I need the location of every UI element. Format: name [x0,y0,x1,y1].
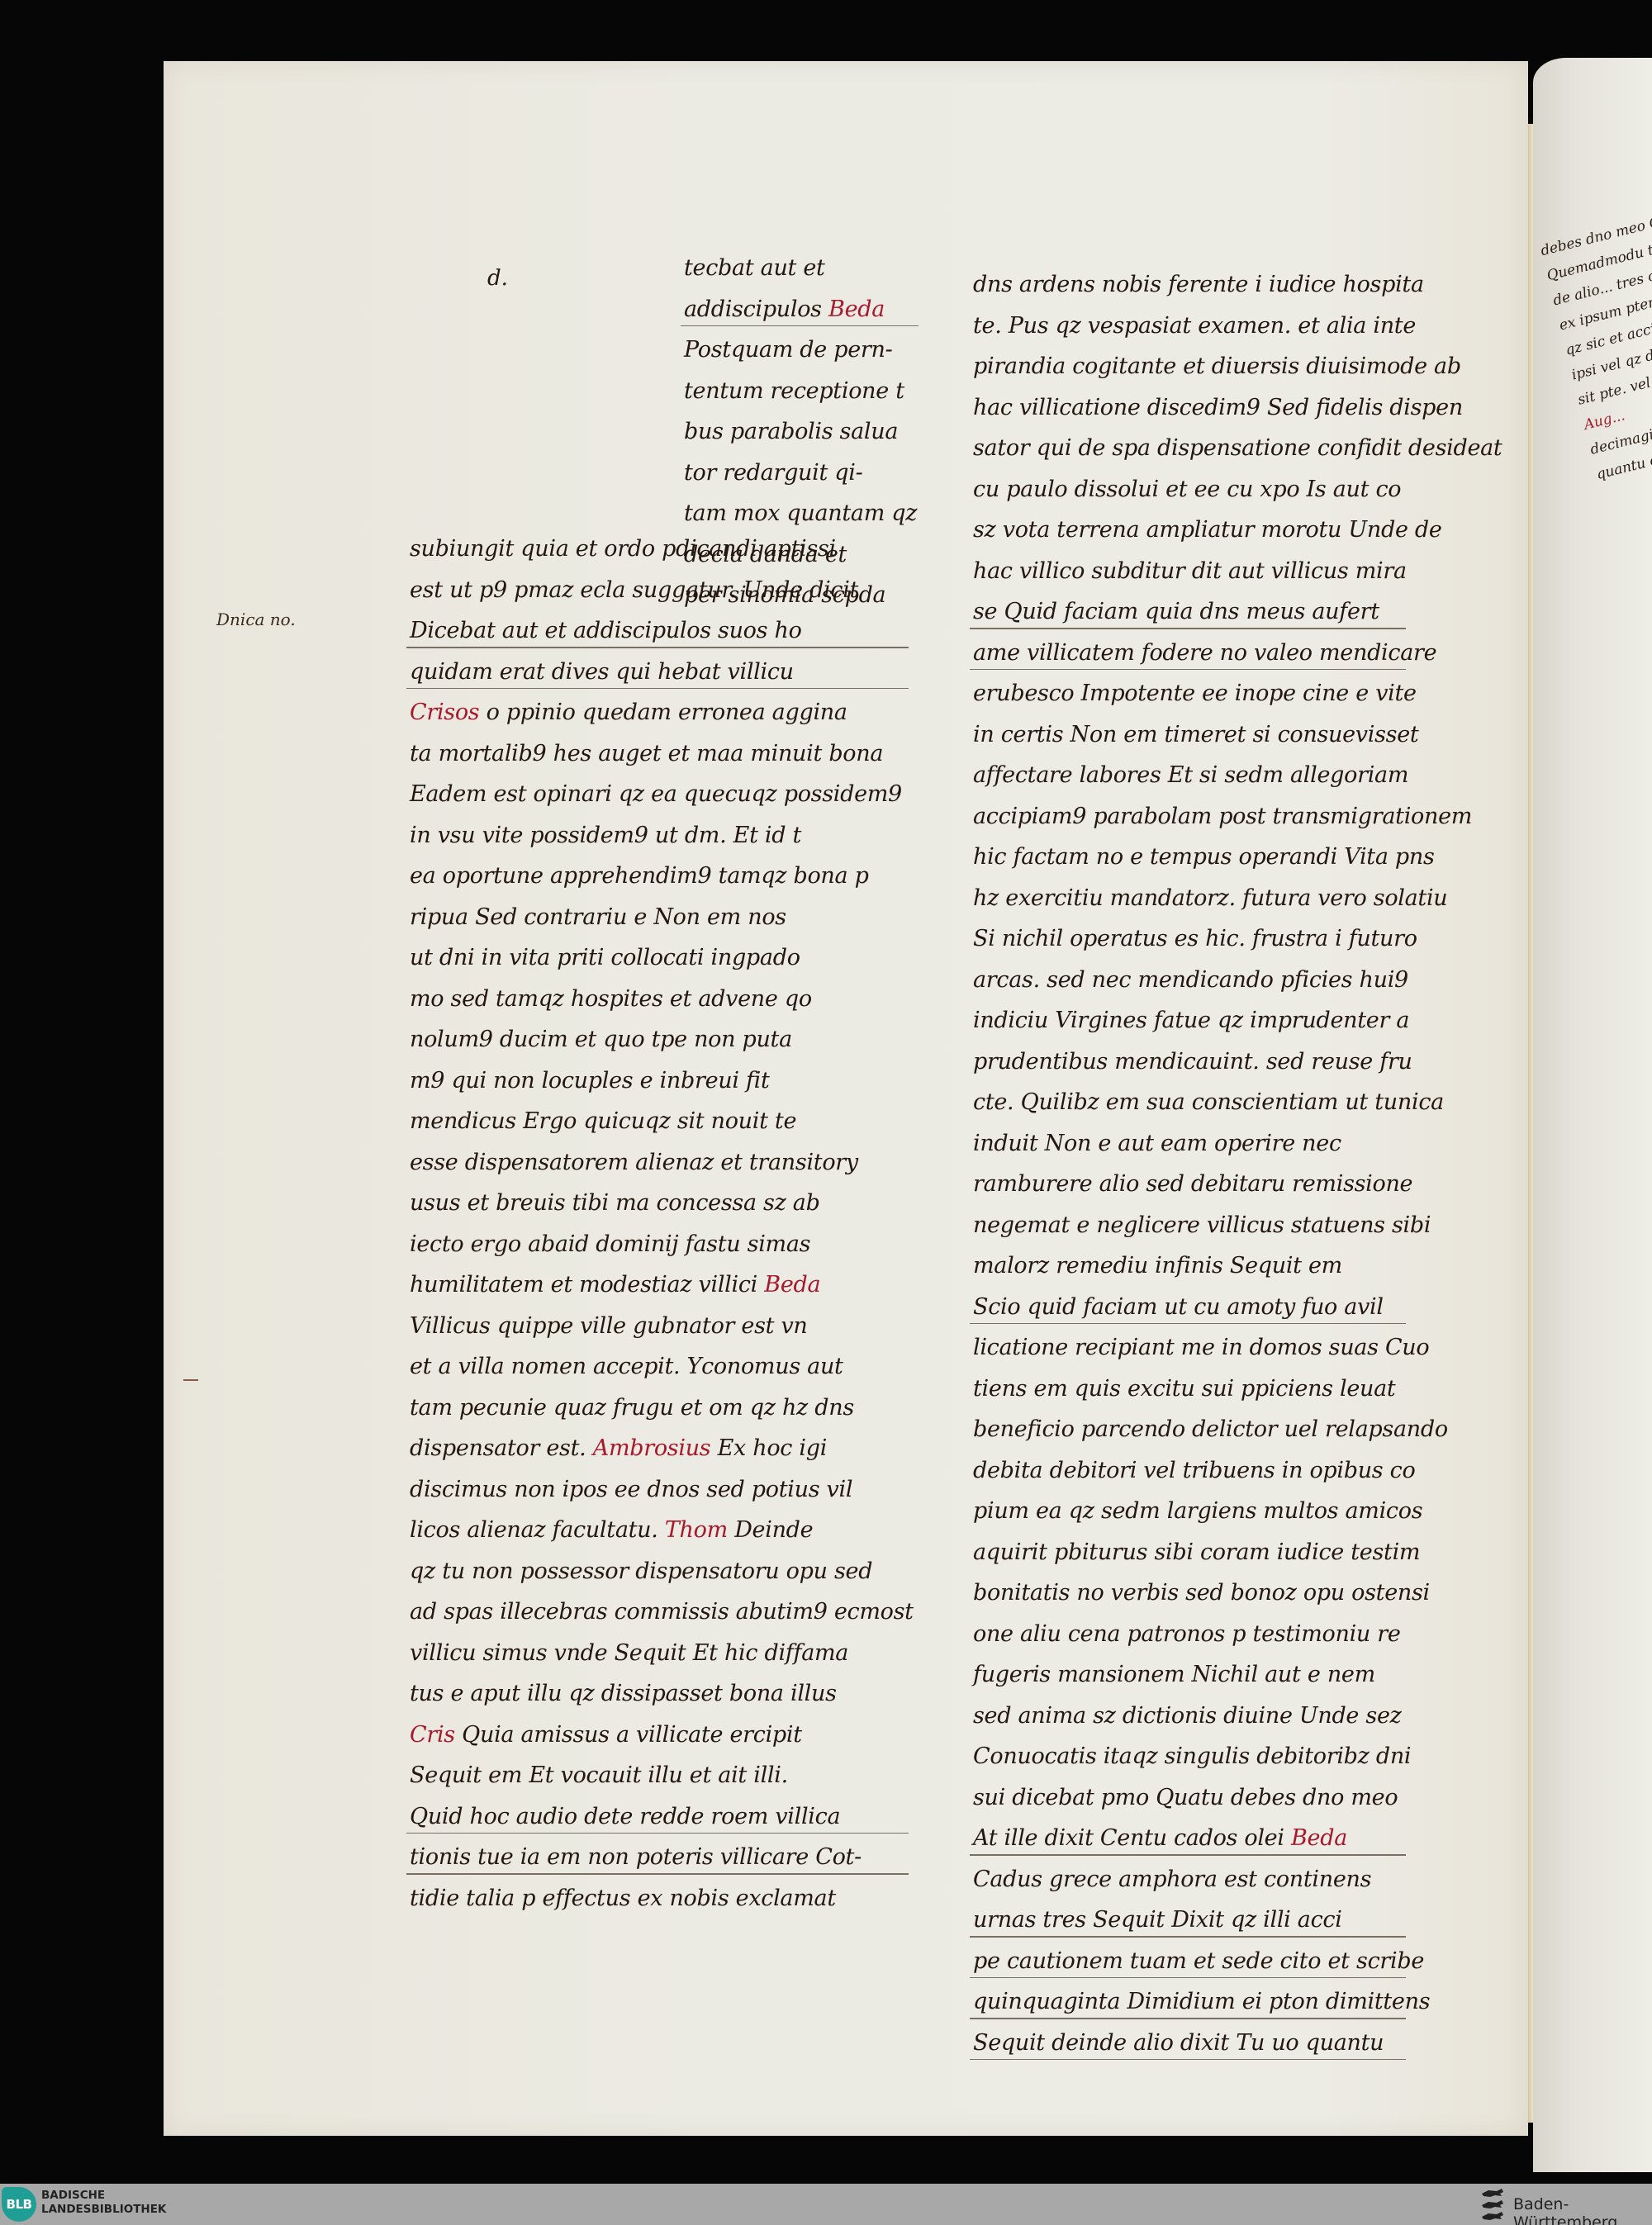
manuscript-line: indiciu Virgines fatue qz imprudenter a [973,1000,1403,1041]
manuscript-line: Quid hoc audio dete redde roem villica [410,1796,905,1838]
manuscript-line: qz tu non possessor dispensatoru opu sed [410,1551,905,1592]
line-text: dispensator est. [410,1435,586,1461]
manuscript-line: humilitatem et modestiaz villici Beda [410,1264,905,1306]
manuscript-line: sator qui de spa dispensatione confidit … [973,428,1403,469]
line-text: accipiam9 parabolam post transmigratione… [973,804,1472,829]
line-text: tam pecunie quaz frugu et om qz hz dns [410,1395,854,1421]
line-text: debita debitori vel tribuens in opibus c… [973,1458,1415,1483]
manuscript-line: bonitatis no verbis sed bonoz opu ostens… [973,1573,1403,1614]
manuscript-line: aquirit pbiturus sibi coram iudice testi… [973,1532,1403,1573]
line-text: ame villicatem fodere no valeo mendicare [973,640,1436,666]
line-text-continued: Ex hoc igi [718,1435,827,1461]
line-text: Cadus grece amphora est continens [973,1867,1371,1892]
manuscript-line: Conuocatis itaqz singulis debitoribz dni [973,1736,1403,1777]
line-text: sz vota terrena ampliatur morotu Unde de [973,517,1442,543]
line-text: erubesco Impotente ee inope cine e vite [973,681,1417,706]
manuscript-line: pirandia cogitante et diuersis diuisimod… [973,346,1403,387]
manuscript-line: negemat e neglicere villicus statuens si… [973,1205,1403,1246]
manuscript-line: sui dicebat pmo Quatu debes dno meo [973,1777,1403,1819]
manuscript-line: tiens em quis excitu sui ppiciens leuat [973,1369,1403,1410]
line-text: Postquam de pern- [684,337,892,363]
line-text: o ppinio quedam erronea aggina [487,700,847,725]
manuscript-line: ta mortalib9 hes auget et maa minuit bon… [410,733,905,775]
manuscript-line: Scio quid faciam ut cu amoty fuo avil [973,1287,1403,1328]
line-text: mendicus Ergo quicuqz sit nouit te [410,1108,796,1134]
manuscript-line: usus et breuis tibi ma concessa sz ab [410,1183,905,1224]
manuscript-line: ad spas illecebras commissis abutim9 ecm… [410,1592,905,1633]
line-text: tionis tue ia em non poteris villicare C… [410,1844,862,1870]
blb-logo-badge[interactable]: BLB [2,2187,36,2222]
line-text: humilitatem et modestiaz villici [410,1272,757,1298]
line-text: in certis Non em timeret si consuevisset [973,722,1418,747]
margin-mark [183,1379,198,1381]
manuscript-line: dns ardens nobis ferente i iudice hospit… [973,264,1403,306]
manuscript-line: quinquaginta Dimidium ei pton dimittens [973,1981,1403,2023]
manuscript-line: pe cautionem tuam et sede cito et scribe [973,1941,1403,1982]
manuscript-line: prudentibus mendicauint. sed reuse fru [973,1041,1403,1083]
manuscript-line: Sequit deinde alio dixit Tu uo quantu [973,2023,1403,2064]
line-text: est ut p9 pmaz ecla suggatur. Unde dicit [410,577,858,603]
line-text: cte. Quilibz em sua conscientiam ut tuni… [973,1089,1444,1115]
quire-mark: d. [487,266,508,291]
manuscript-line: ramburere alio sed debitaru remissione [973,1164,1403,1205]
line-text: licatione recipiant me in domos suas Cuo [973,1335,1429,1360]
rubric-author-name: Ambrosius [593,1435,711,1461]
line-text: ta mortalib9 hes auget et maa minuit bon… [410,741,883,766]
manuscript-line: quidam erat dives qui hebat villicu [410,652,905,693]
three-lions-coat-of-arms-icon[interactable] [1480,2187,1505,2222]
line-text: hac villico subditur dit aut villicus mi… [973,558,1407,584]
manuscript-line: est ut p9 pmaz ecla suggatur. Unde dicit [410,570,905,611]
line-text: iecto ergo abaid dominij fastu simas [410,1231,810,1257]
line-text: urnas tres Sequit Dixit qz illi acci [973,1907,1342,1933]
line-text: Villicus quippe ville gubnator est vn [410,1313,808,1339]
manuscript-line: subiungit quia et ordo pdicandi aptissi [410,529,905,570]
manuscript-line: Cris Quia amissus a villicate ercipit [410,1715,905,1756]
manuscript-line: discimus non ipos ee dnos sed potius vil [410,1469,905,1511]
line-text: villicu simus vnde Sequit Et hic diffama [410,1640,848,1666]
line-text: se Quid faciam quia dns meus aufert [973,599,1379,624]
line-text: Quid hoc audio dete redde roem villica [410,1804,840,1829]
manuscript-line: hac villico subditur dit aut villicus mi… [973,551,1403,592]
manuscript-line: ut dni in vita priti collocati ingpado [410,937,905,979]
manuscript-line: arcas. sed nec mendicando pficies hui9 [973,960,1403,1001]
line-text: usus et breuis tibi ma concessa sz ab [410,1190,820,1216]
line-text: bus parabolis salua [684,419,898,444]
line-text: tiens em quis excitu sui ppiciens leuat [973,1376,1395,1402]
line-text: hic factam no e tempus operandi Vita pns [973,844,1435,870]
line-text: Dicebat aut et addiscipulos suos ho [410,618,802,643]
line-text: hac villicatione discedim9 Sed fidelis d… [973,395,1463,420]
manuscript-line: Eadem est opinari qz ea quecuqz possidem… [410,774,905,815]
manuscript-line: Cadus grece amphora est continens [973,1859,1403,1900]
line-text: tecbat aut et [684,255,825,281]
manuscript-line: Si nichil operatus es hic. frustra i fut… [973,918,1403,960]
manuscript-line: te. Pus qz vespasiat examen. et alia int… [973,306,1403,347]
manuscript-line: Villicus quippe ville gubnator est vn [410,1306,905,1347]
manuscript-line: urnas tres Sequit Dixit qz illi acci [973,1900,1403,1941]
manuscript-line: ripua Sed contrariu e Non em nos [410,897,905,938]
blb-name-line2: LANDESBIBLIOTHEK [41,2203,166,2217]
line-text: ut dni in vita priti collocati ingpado [410,945,800,970]
line-text: ea oportune apprehendim9 tamqz bona p [410,863,869,889]
manuscript-line: pium ea qz sedm largiens multos amicos [973,1491,1403,1532]
line-text: bonitatis no verbis sed bonoz opu ostens… [973,1580,1430,1606]
blb-logo-text[interactable]: BADISCHE LANDESBIBLIOTHEK [41,2189,166,2217]
line-text: te. Pus qz vespasiat examen. et alia int… [973,313,1416,339]
line-text: esse dispensatorem alienaz et transitory [410,1150,858,1175]
line-text: discimus non ipos ee dnos sed potius vil [410,1477,852,1502]
line-text: et a villa nomen accepit. Yconomus aut [410,1354,843,1379]
manuscript-line: licatione recipiant me in domos suas Cuo [973,1327,1403,1369]
line-text: licos alienaz facultatu. [410,1517,658,1543]
line-text: ad spas illecebras commissis abutim9 ecm… [410,1599,914,1625]
manuscript-line: induit Non e aut eam operire nec [973,1123,1403,1165]
line-text: Sequit em Et vocauit illu et ait illi. [410,1762,788,1788]
manuscript-line: se Quid faciam quia dns meus aufert [973,591,1403,633]
line-text: dns ardens nobis ferente i iudice hospit… [973,272,1424,297]
manuscript-line: licos alienaz facultatu. Thom Deinde [410,1510,905,1551]
manuscript-line: m9 qui non locuples e inbreui fit [410,1060,905,1102]
manuscript-line: esse dispensatorem alienaz et transitory [410,1142,905,1184]
line-text: quinquaginta Dimidium ei pton dimittens [973,1989,1430,2014]
line-text: cu paulo dissolui et ee cu xpo Is aut co [973,477,1401,502]
manuscript-line: ame villicatem fodere no valeo mendicare [973,633,1403,674]
line-text: Si nichil operatus es hic. frustra i fut… [973,926,1417,951]
manuscript-line: sz vota terrena ampliatur morotu Unde de [973,510,1403,551]
line-text: induit Non e aut eam operire nec [973,1131,1341,1156]
line-text: mo sed tamqz hospites et advene qo [410,986,812,1012]
rubric-author-name: Crisos [410,700,479,725]
line-text: sator qui de spa dispensatione confidit … [973,435,1502,461]
rubric-author-name: Thom [665,1517,728,1543]
manuscript-line: one aliu cena patronos p testimoniu re [973,1614,1403,1655]
text-column-left: subiungit quia et ordo pdicandi aptissie… [410,529,905,1919]
line-text: Scio quid faciam ut cu amoty fuo avil [973,1294,1384,1320]
manuscript-line: ea oportune apprehendim9 tamqz bona p [410,856,905,897]
manuscript-line: Dicebat aut et addiscipulos suos ho [410,610,905,652]
line-text: malorz remediu infinis Sequit em [973,1253,1342,1279]
facing-page-text: debes dno meo Centu corQuemadmodu trigin… [1538,200,1652,488]
line-text: beneficio parcendo delictor uel relapsan… [973,1416,1448,1442]
manuscript-line: fugeris mansionem Nichil aut e nem [973,1654,1403,1696]
rubric-author-name: Beda [764,1272,820,1298]
manuscript-line: accipiam9 parabolam post transmigratione… [973,796,1403,837]
manuscript-line: tionis tue ia em non poteris villicare C… [410,1837,905,1878]
blb-name-line1: BADISCHE [41,2189,166,2203]
line-text: sed anima sz dictionis diuine Unde sez [973,1703,1402,1729]
manuscript-line: affectare labores Et si sedm allegoriam [973,755,1403,796]
line-text: tentum receptione t [684,378,904,404]
manuscript-line: beneficio parcendo delictor uel relapsan… [973,1409,1403,1450]
manuscript-line: Postquam de pern- [684,330,915,371]
line-text-continued: Deinde [734,1517,813,1543]
line-text: qz tu non possessor dispensatoru opu sed [410,1558,872,1584]
manuscript-line: Crisos o ppinio quedam erronea aggina [410,692,905,733]
line-text: quidam erat dives qui hebat villicu [410,659,794,685]
line-text: m9 qui non locuples e inbreui fit [410,1068,770,1094]
line-text: nolum9 ducim et quo tpe non puta [410,1027,792,1052]
manuscript-line: bus parabolis salua [684,411,915,453]
manuscript-line: tidie talia p effectus ex nobis exclamat [410,1878,905,1919]
manuscript-line: debita debitori vel tribuens in opibus c… [973,1450,1403,1492]
line-text: Sequit deinde alio dixit Tu uo quantu [973,2030,1384,2056]
manuscript-line: erubesco Impotente ee inope cine e vite [973,673,1403,714]
manuscript-line: iecto ergo abaid dominij fastu simas [410,1224,905,1265]
manuscript-line: in vsu vite possidem9 ut dm. Et id t [410,815,905,856]
line-text: arcas. sed nec mendicando pficies hui9 [973,967,1408,993]
line-text: tam mox quantam qz [684,501,917,526]
line-text: negemat e neglicere villicus statuens si… [973,1212,1431,1238]
manuscript-line: hz exercitiu mandatorz. futura vero sola… [973,878,1403,919]
manuscript-line: tecbat aut et [684,248,915,289]
line-text: tus e aput illu qz dissipasset bona illu… [410,1681,837,1706]
manuscript-line: At ille dixit Centu cados olei Beda [973,1818,1403,1859]
line-text: sui dicebat pmo Quatu debes dno meo [973,1785,1398,1810]
facing-page-recto: debes dno meo Centu corQuemadmodu trigin… [1533,58,1652,2172]
line-text: addiscipulos [684,297,822,322]
manuscript-line: hac villicatione discedim9 Sed fidelis d… [973,387,1403,429]
manuscript-line: tus e aput illu qz dissipasset bona illu… [410,1673,905,1715]
line-text: indiciu Virgines fatue qz imprudenter a [973,1008,1409,1033]
rubric-author-name: Beda [828,297,885,322]
manuscript-line: sed anima sz dictionis diuine Unde sez [973,1696,1403,1737]
line-text: subiungit quia et ordo pdicandi aptissi [410,536,836,562]
line-text: At ille dixit Centu cados olei [973,1825,1284,1851]
viewer-footer-bar: BLB BADISCHE LANDESBIBLIOTHEK Baden-Würt… [0,2184,1652,2225]
manuscript-line: Sequit em Et vocauit illu et ait illi. [410,1755,905,1796]
manuscript-line: mendicus Ergo quicuqz sit nouit te [410,1101,905,1142]
text-column-right: dns ardens nobis ferente i iudice hospit… [973,264,1403,2063]
line-text: Conuocatis itaqz singulis debitoribz dni [973,1743,1411,1769]
manuscript-line: villicu simus vnde Sequit Et hic diffama [410,1633,905,1674]
marginal-note: Dnica no. [216,610,296,629]
line-text: ramburere alio sed debitaru remissione [973,1171,1412,1197]
manuscript-line: dispensator est. Ambrosius Ex hoc igi [410,1428,905,1469]
manuscript-line: in certis Non em timeret si consuevisset [973,714,1403,756]
line-text: Quia amissus a villicate ercipit [462,1722,802,1748]
line-text: pe cautionem tuam et sede cito et scribe [973,1948,1424,1974]
manuscript-line: malorz remediu infinis Sequit em [973,1245,1403,1287]
line-text: one aliu cena patronos p testimoniu re [973,1621,1401,1647]
line-text: pium ea qz sedm largiens multos amicos [973,1498,1422,1524]
line-text: ripua Sed contrariu e Non em nos [410,904,786,930]
line-text: in vsu vite possidem9 ut dm. Et id t [410,823,801,848]
manuscript-line: tor redarguit qi- [684,453,915,494]
line-text: tidie talia p effectus ex nobis exclamat [410,1886,836,1911]
line-text: pirandia cogitante et diuersis diuisimod… [973,353,1461,379]
line-text: prudentibus mendicauint. sed reuse fru [973,1049,1412,1075]
rubric-author-name: Beda [1291,1825,1347,1851]
baden-wuerttemberg-logo-text[interactable]: Baden-Württemberg [1513,2195,1652,2225]
manuscript-line: cu paulo dissolui et ee cu xpo Is aut co [973,469,1403,510]
manuscript-line: hic factam no e tempus operandi Vita pns [973,837,1403,878]
manuscript-line: cte. Quilibz em sua conscientiam ut tuni… [973,1082,1403,1123]
manuscript-line: et a villa nomen accepit. Yconomus aut [410,1346,905,1388]
line-text: hz exercitiu mandatorz. futura vero sola… [973,885,1447,911]
manuscript-line: tentum receptione t [684,371,915,412]
line-text: aquirit pbiturus sibi coram iudice testi… [973,1539,1420,1565]
manuscript-line: mo sed tamqz hospites et advene qo [410,979,905,1020]
rubric-author-name: Cris [410,1722,455,1748]
line-text: affectare labores Et si sedm allegoriam [973,762,1408,788]
manuscript-line: addiscipulos Beda [684,289,915,330]
manuscript-line: tam pecunie quaz frugu et om qz hz dns [410,1388,905,1429]
line-text: fugeris mansionem Nichil aut e nem [973,1662,1375,1687]
manuscript-line: nolum9 ducim et quo tpe non puta [410,1019,905,1060]
line-text: Eadem est opinari qz ea quecuqz possidem… [410,781,902,807]
line-text: tor redarguit qi- [684,460,862,486]
